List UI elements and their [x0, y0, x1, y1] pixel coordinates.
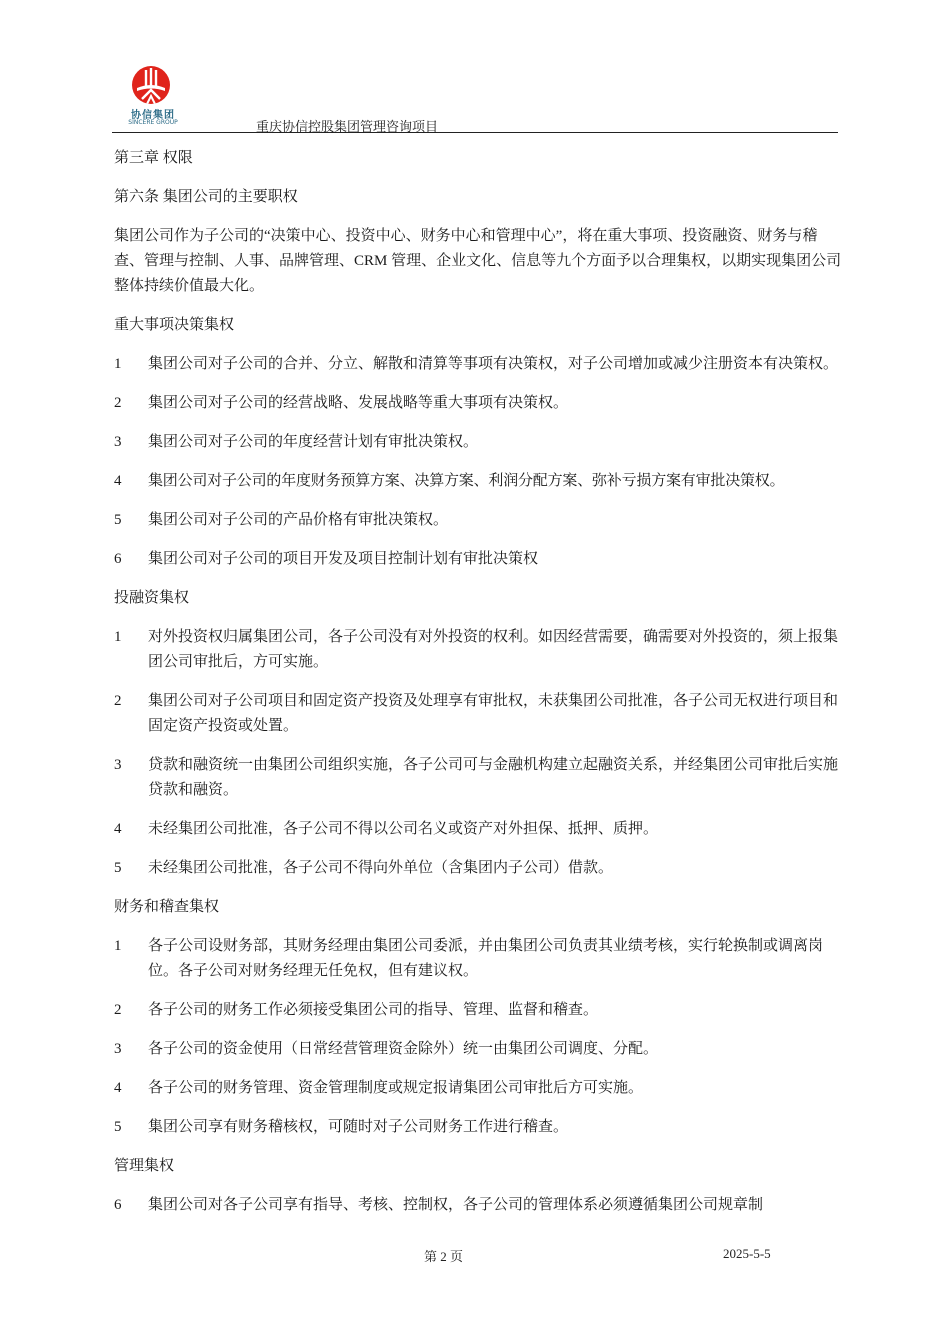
item-number: 2: [114, 391, 148, 416]
item-text: 未经集团公司批准，各子公司不得以公司名义或资产对外担保、抵押、质押。: [148, 817, 844, 842]
list-item: 5集团公司享有财务稽核权，可随时对子公司财务工作进行稽查。: [114, 1115, 844, 1140]
item-number: 1: [114, 934, 148, 984]
section-title: 管理集权: [114, 1154, 844, 1179]
item-number: 4: [114, 1076, 148, 1101]
list-item: 6集团公司对各子公司享有指导、考核、控制权，各子公司的管理体系必须遵循集团公司规…: [114, 1193, 844, 1218]
list-item: 4集团公司对子公司的年度财务预算方案、决算方案、利润分配方案、弥补亏损方案有审批…: [114, 469, 844, 494]
item-number: 1: [114, 352, 148, 377]
article-heading: 第六条 集团公司的主要职权: [114, 185, 844, 210]
item-text: 集团公司对子公司项目和固定资产投资及处理享有审批权，未获集团公司批准，各子公司无…: [148, 689, 844, 739]
list-item: 5集团公司对子公司的产品价格有审批决策权。: [114, 508, 844, 533]
list-item: 2各子公司的财务工作必须接受集团公司的指导、管理、监督和稽查。: [114, 998, 844, 1023]
item-number: 5: [114, 856, 148, 881]
list-item: 2集团公司对子公司项目和固定资产投资及处理享有审批权，未获集团公司批准，各子公司…: [114, 689, 844, 739]
item-text: 未经集团公司批准，各子公司不得向外单位（含集团内子公司）借款。: [148, 856, 844, 881]
item-number: 2: [114, 689, 148, 739]
section-major-decisions: 重大事项决策集权 1集团公司对子公司的合并、分立、解散和清算等事项有决策权，对子…: [114, 313, 844, 572]
item-number: 3: [114, 1037, 148, 1062]
list-item: 3集团公司对子公司的年度经营计划有审批决策权。: [114, 430, 844, 455]
footer-date: 2025-5-5: [723, 1246, 771, 1262]
list-item: 6集团公司对子公司的项目开发及项目控制计划有审批决策权: [114, 547, 844, 572]
item-number: 3: [114, 753, 148, 803]
section-finance-audit: 财务和稽查集权 1各子公司设财务部，其财务经理由集团公司委派，并由集团公司负责其…: [114, 895, 844, 1140]
list-item: 1各子公司设财务部，其财务经理由集团公司委派，并由集团公司负责其业绩考核，实行轮…: [114, 934, 844, 984]
item-text: 集团公司对子公司的产品价格有审批决策权。: [148, 508, 844, 533]
item-text: 各子公司的资金使用（日常经营管理资金除外）统一由集团公司调度、分配。: [148, 1037, 844, 1062]
list-item: 3各子公司的资金使用（日常经营管理资金除外）统一由集团公司调度、分配。: [114, 1037, 844, 1062]
item-text: 对外投资权归属集团公司，各子公司没有对外投资的权利。如因经营需要，确需要对外投资…: [148, 625, 844, 675]
item-number: 4: [114, 817, 148, 842]
item-number: 5: [114, 1115, 148, 1140]
page-header: 协信集团 SINCERE GROUP 重庆协信控股集团管理咨询项目: [112, 64, 838, 134]
section-management: 管理集权 6集团公司对各子公司享有指导、考核、控制权，各子公司的管理体系必须遵循…: [114, 1154, 844, 1218]
section-title: 财务和稽查集权: [114, 895, 844, 920]
item-number: 5: [114, 508, 148, 533]
section-investment-financing: 投融资集权 1对外投资权归属集团公司，各子公司没有对外投资的权利。如因经营需要，…: [114, 586, 844, 881]
company-logo: 协信集团 SINCERE GROUP: [120, 66, 182, 128]
list-item: 1集团公司对子公司的合并、分立、解散和清算等事项有决策权，对子公司增加或减少注册…: [114, 352, 844, 377]
chapter-heading: 第三章 权限: [114, 146, 844, 171]
item-text: 集团公司对子公司的年度经营计划有审批决策权。: [148, 430, 844, 455]
list-item: 4未经集团公司批准，各子公司不得以公司名义或资产对外担保、抵押、质押。: [114, 817, 844, 842]
item-number: 3: [114, 430, 148, 455]
page-number: 第 2 页: [424, 1246, 463, 1265]
item-text: 各子公司的财务工作必须接受集团公司的指导、管理、监督和稽查。: [148, 998, 844, 1023]
item-text: 各子公司的财务管理、资金管理制度或规定报请集团公司审批后方可实施。: [148, 1076, 844, 1101]
item-number: 1: [114, 625, 148, 675]
item-number: 6: [114, 1193, 148, 1218]
item-text: 集团公司对子公司的经营战略、发展战略等重大事项有决策权。: [148, 391, 844, 416]
logo-emblem-icon: [132, 66, 170, 104]
item-number: 6: [114, 547, 148, 572]
list-item: 5未经集团公司批准，各子公司不得向外单位（含集团内子公司）借款。: [114, 856, 844, 881]
item-text: 集团公司对子公司的年度财务预算方案、决算方案、利润分配方案、弥补亏损方案有审批决…: [148, 469, 844, 494]
item-text: 贷款和融资统一由集团公司组织实施，各子公司可与金融机构建立起融资关系，并经集团公…: [148, 753, 844, 803]
intro-paragraph: 集团公司作为子公司的“决策中心、投资中心、财务中心和管理中心”，将在重大事项、投…: [114, 224, 844, 299]
list-item: 2集团公司对子公司的经营战略、发展战略等重大事项有决策权。: [114, 391, 844, 416]
logo-name-en: SINCERE GROUP: [120, 119, 186, 126]
document-body: 第三章 权限 第六条 集团公司的主要职权 集团公司作为子公司的“决策中心、投资中…: [114, 146, 844, 1232]
list-item: 1对外投资权归属集团公司，各子公司没有对外投资的权利。如因经营需要，确需要对外投…: [114, 625, 844, 675]
item-text: 集团公司对子公司的合并、分立、解散和清算等事项有决策权，对子公司增加或减少注册资…: [148, 352, 844, 377]
item-number: 4: [114, 469, 148, 494]
section-title: 重大事项决策集权: [114, 313, 844, 338]
list-item: 3贷款和融资统一由集团公司组织实施，各子公司可与金融机构建立起融资关系，并经集团…: [114, 753, 844, 803]
item-text: 集团公司对子公司的项目开发及项目控制计划有审批决策权: [148, 547, 844, 572]
item-text: 集团公司对各子公司享有指导、考核、控制权，各子公司的管理体系必须遵循集团公司规章…: [148, 1193, 844, 1218]
item-text: 各子公司设财务部，其财务经理由集团公司委派，并由集团公司负责其业绩考核，实行轮换…: [148, 934, 844, 984]
item-number: 2: [114, 998, 148, 1023]
item-text: 集团公司享有财务稽核权，可随时对子公司财务工作进行稽查。: [148, 1115, 844, 1140]
header-divider: [112, 132, 838, 133]
list-item: 4各子公司的财务管理、资金管理制度或规定报请集团公司审批后方可实施。: [114, 1076, 844, 1101]
section-title: 投融资集权: [114, 586, 844, 611]
